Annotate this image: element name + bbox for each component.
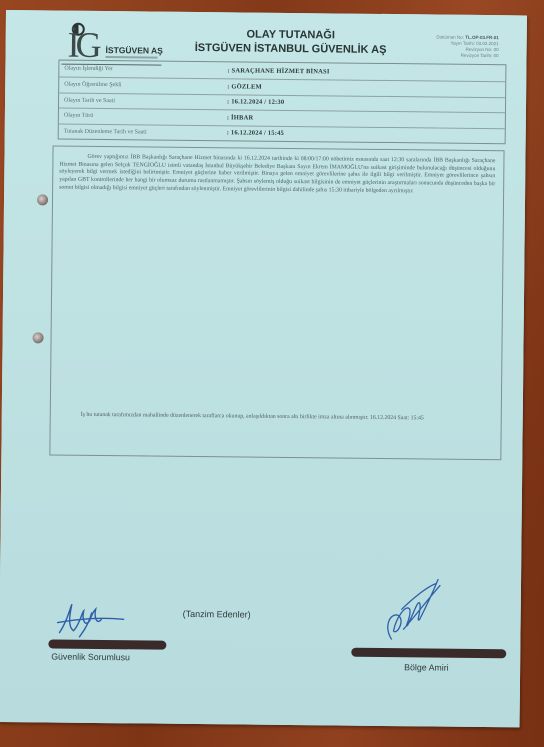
redacted-name-regional-manager (351, 648, 506, 659)
punch-hole-icon (37, 194, 48, 205)
signature-regional-manager-icon (379, 569, 460, 650)
role-security-officer: Güvenlik Sorumlusu (51, 652, 130, 663)
incident-info-table: Olayın İşlendiği Yer : SARAÇHANE HİZMET … (58, 60, 507, 145)
doc-info-row: Revizyon Tarihi: 00 (436, 53, 498, 60)
document-info: Doküman No: TL.OP-03.FR-01 Yayın Tarihi:… (436, 35, 499, 60)
field-value: : GÖZLEM (227, 83, 262, 90)
punch-hole-icon (33, 332, 44, 343)
field-label: Olayın Öğrenilme Şekli (59, 82, 227, 90)
logo-brand: İSTGÜVEN AŞ (106, 45, 163, 56)
field-value: : SARAÇHANE HİZMET BİNASI (227, 67, 329, 75)
field-label: Olayın Türü (59, 113, 227, 121)
field-value: : 16.12.2024 / 15:45 (227, 130, 284, 138)
role-regional-manager: Bölge Amiri (404, 662, 449, 672)
narrative-box: Görev yaptığımız İBB Başkanlığı Saraçhan… (49, 145, 504, 460)
narrative-text: Görev yaptığımız İBB Başkanlığı Saraçhan… (59, 154, 495, 197)
document-title: OLAY TUTANAĞI İSTGÜVEN İSTANBUL GÜVENLİK… (181, 27, 401, 57)
field-label: Tutanak Düzenleme Tarih ve Saati (59, 128, 227, 136)
signatories-heading: (Tanzim Edenler) (183, 609, 251, 620)
field-label: Olayın Tarih ve Saati (59, 97, 227, 105)
field-value: : İHBAR (227, 114, 254, 121)
incident-report-paper: İG İSTGÜVEN AŞ OLAY TUTANAĞI İSTGÜVEN İS… (0, 10, 527, 727)
field-value: : 16.12.2024 / 12:30 (227, 99, 284, 107)
title-line-2: İSTGÜVEN İSTANBUL GÜVENLİK AŞ (181, 41, 401, 57)
redacted-name-security-officer (48, 639, 166, 649)
signature-security-officer-icon (49, 600, 129, 641)
logo-tagline (106, 56, 158, 59)
field-label: Olayın İşlendiği Yer (59, 66, 227, 74)
closing-statement: İş bu tutanak tarafımızdan mahallinde dü… (54, 412, 494, 424)
